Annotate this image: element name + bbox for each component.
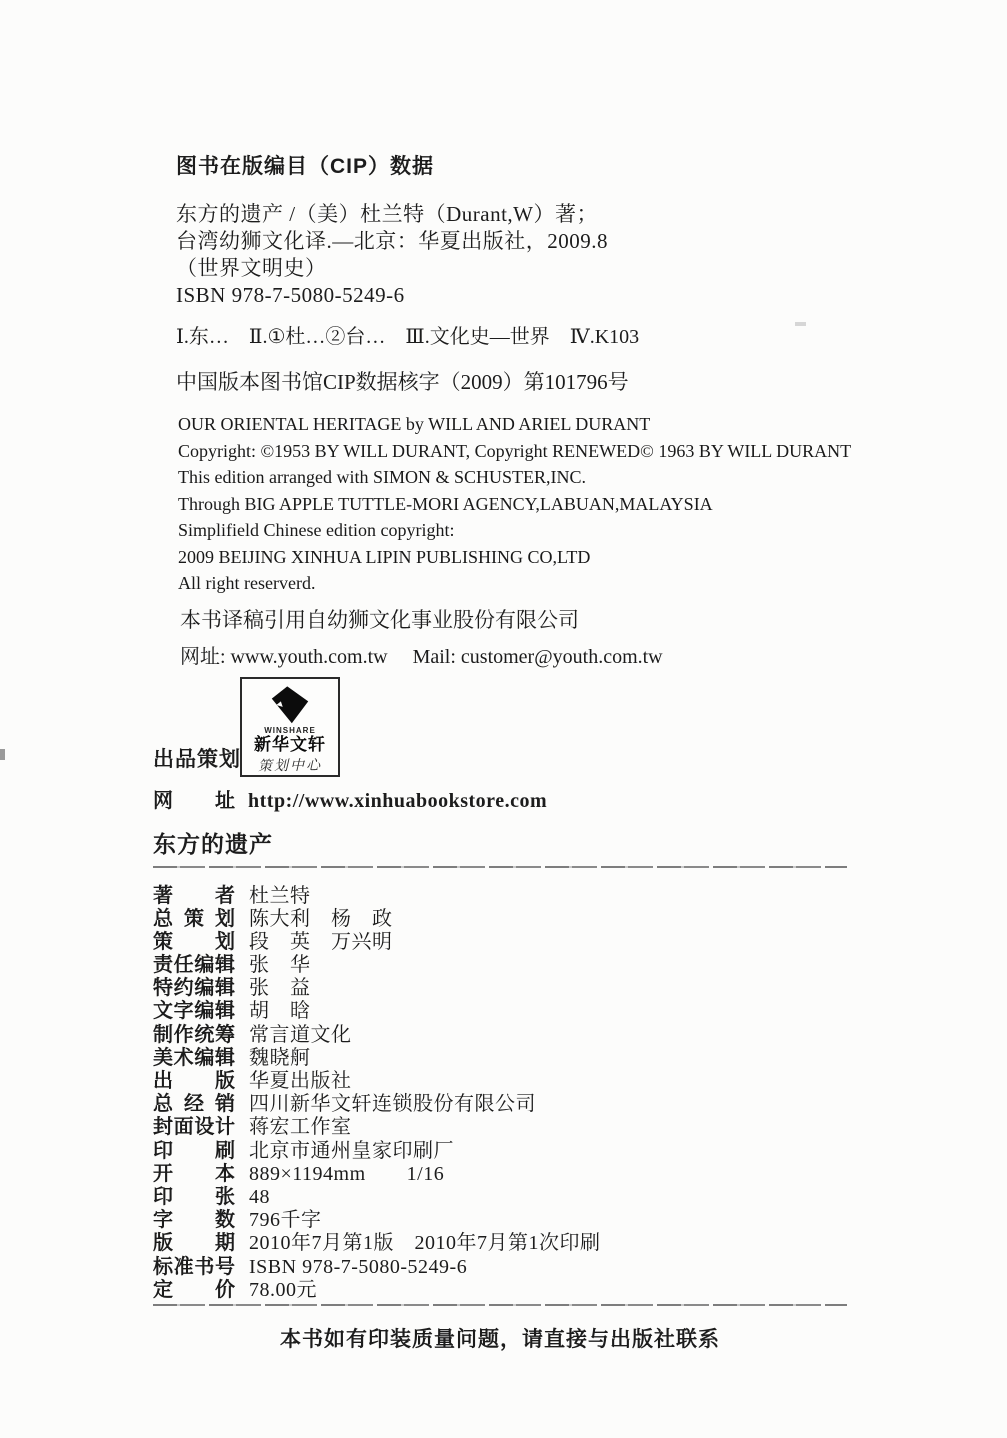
cip-record-line: 台湾幼狮文化译.—北京：华夏出版社，2009.8 bbox=[176, 228, 857, 255]
cip-record-line: （世界文明史） bbox=[176, 255, 857, 282]
colophon-row: 字数796千字 bbox=[153, 1203, 857, 1226]
title-divider bbox=[153, 866, 847, 868]
colophon-row: 责任编辑张 华 bbox=[153, 948, 857, 971]
colophon-value: 78.00元 bbox=[249, 1273, 317, 1302]
translation-source-note: 本书译稿引用自幼狮文化事业股份有限公司 bbox=[180, 604, 857, 634]
copyright-line: 2009 BEIJING XINHUA LIPIN PUBLISHING CO,… bbox=[178, 544, 857, 571]
copyright-line: All right reserverd. bbox=[178, 570, 857, 597]
colophon-row: 开本889×1194mm 1/16 bbox=[153, 1157, 857, 1180]
colophon-row: 版期2010年7月第1版 2010年7月第1次印刷 bbox=[153, 1226, 857, 1249]
producer-label: 出品策划 bbox=[153, 743, 241, 773]
winshare-logo-cn-text: 新华文轩 bbox=[254, 735, 326, 754]
book-title: 东方的遗产 bbox=[153, 826, 857, 859]
copyright-line: Simplifield Chinese edition copyright: bbox=[178, 517, 857, 544]
winshare-logo: WINSHARE 新华文轩 策划中心 bbox=[240, 677, 340, 777]
winshare-logo-en-text: WINSHARE bbox=[264, 726, 316, 735]
cip-record-line: ISBN 978-7-5080-5249-6 bbox=[176, 282, 857, 309]
copyright-line: Through BIG APPLE TUTTLE-MORI AGENCY,LAB… bbox=[178, 491, 857, 518]
colophon-row: 著者杜兰特 bbox=[153, 879, 857, 902]
colophon-row: 总策划陈大利 杨 政 bbox=[153, 902, 857, 925]
cip-record: 东方的遗产 /（美）杜兰特（Durant,W）著； 台湾幼狮文化译.—北京：华夏… bbox=[176, 201, 857, 309]
colophon-row: 美术编辑魏晓舸 bbox=[153, 1041, 857, 1064]
colophon-row: 制作统筹常言道文化 bbox=[153, 1018, 857, 1041]
footer-divider bbox=[153, 1304, 847, 1306]
cip-record-line: 东方的遗产 /（美）杜兰特（Durant,W）著； bbox=[176, 201, 857, 228]
winshare-logo-dept-text: 策划中心 bbox=[258, 754, 322, 775]
cip-registry-number: 中国版本图书馆CIP数据核字（2009）第101796号 bbox=[176, 366, 857, 396]
colophon-table: 著者杜兰特 总策划陈大利 杨 政 策划段 英 万兴明 责任编辑张 华 特约编辑张… bbox=[153, 879, 857, 1296]
colophon-row: 策划段 英 万兴明 bbox=[153, 925, 857, 948]
scan-artifact bbox=[795, 322, 806, 326]
page-content: 图书在版编目（CIP）数据 东方的遗产 /（美）杜兰特（Durant,W）著； … bbox=[0, 0, 1007, 1353]
website-url: http://www.xinhuabookstore.com bbox=[248, 790, 547, 813]
quality-notice: 本书如有印装质量问题，请直接与出版社联系 bbox=[153, 1323, 847, 1353]
translation-source-contact: 网址: www.youth.com.tw Mail: customer@yout… bbox=[180, 640, 857, 669]
cip-classification: Ⅰ.东… Ⅱ.①杜…②台… Ⅲ.文化史—世界 Ⅳ.K103 bbox=[176, 320, 857, 349]
scan-artifact bbox=[0, 749, 5, 760]
colophon-value: 2010年7月第1版 2010年7月第1次印刷 bbox=[249, 1226, 601, 1255]
colophon-row: 文字编辑胡 晗 bbox=[153, 994, 857, 1017]
colophon-label: 定价 bbox=[153, 1273, 235, 1302]
scanned-copyright-page: 图书在版编目（CIP）数据 东方的遗产 /（美）杜兰特（Durant,W）著； … bbox=[0, 0, 1007, 1438]
producer-section: WINSHARE 新华文轩 策划中心 出品策划 bbox=[153, 677, 857, 779]
website-row: 网址 http://www.xinhuabookstore.com bbox=[153, 784, 857, 813]
english-copyright-block: OUR ORIENTAL HERITAGE by WILL AND ARIEL … bbox=[178, 411, 857, 597]
colophon-row: 总经销四川新华文轩连锁股份有限公司 bbox=[153, 1087, 857, 1110]
copyright-line: Copyright: ©1953 BY WILL DURANT, Copyrig… bbox=[178, 438, 857, 465]
winshare-diamond-icon bbox=[261, 685, 319, 726]
colophon-value: 889×1194mm 1/16 bbox=[249, 1157, 444, 1186]
website-label: 网址 bbox=[153, 784, 235, 813]
copyright-line: This edition arranged with SIMON & SCHUS… bbox=[178, 464, 857, 491]
colophon-row: 印刷北京市通州皇家印刷厂 bbox=[153, 1134, 857, 1157]
copyright-line: OUR ORIENTAL HERITAGE by WILL AND ARIEL … bbox=[178, 411, 857, 438]
colophon-row: 特约编辑张 益 bbox=[153, 971, 857, 994]
cip-heading: 图书在版编目（CIP）数据 bbox=[176, 150, 857, 180]
colophon-row: 出版华夏出版社 bbox=[153, 1064, 857, 1087]
colophon-row: 定价78.00元 bbox=[153, 1273, 857, 1296]
